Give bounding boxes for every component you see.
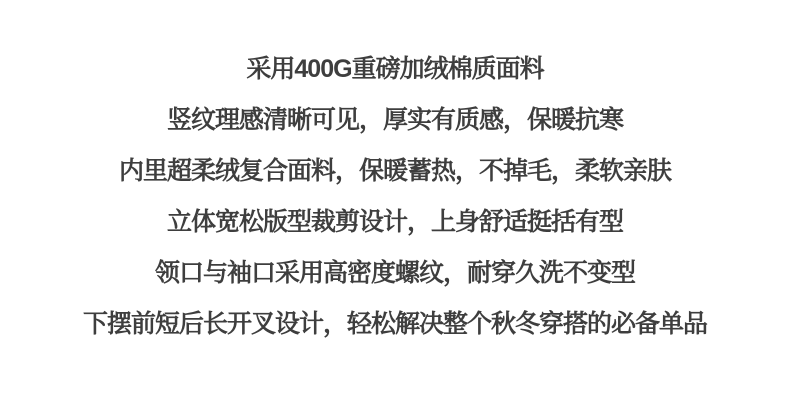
- description-line-collar-cuff: 领口与袖口采用高密度螺纹，耐穿久洗不变型: [0, 260, 790, 286]
- description-line-texture: 竖纹理感清晰可见，厚实有质感，保暖抗寒: [0, 107, 790, 133]
- description-line-lining: 内里超柔绒复合面料，保暖蓄热，不掉毛，柔软亲肤: [0, 158, 790, 184]
- description-line-fabric: 采用400G重磅加绒棉质面料: [0, 56, 790, 82]
- product-description-panel: 采用400G重磅加绒棉质面料 竖纹理感清晰可见，厚实有质感，保暖抗寒 内里超柔绒…: [0, 0, 790, 399]
- description-text-block: 采用400G重磅加绒棉质面料 竖纹理感清晰可见，厚实有质感，保暖抗寒 内里超柔绒…: [0, 0, 790, 337]
- description-line-cut: 立体宽松版型裁剪设计，上身舒适挺括有型: [0, 209, 790, 235]
- description-line-hem: 下摆前短后长开叉设计，轻松解决整个秋冬穿搭的必备单品: [0, 311, 790, 337]
